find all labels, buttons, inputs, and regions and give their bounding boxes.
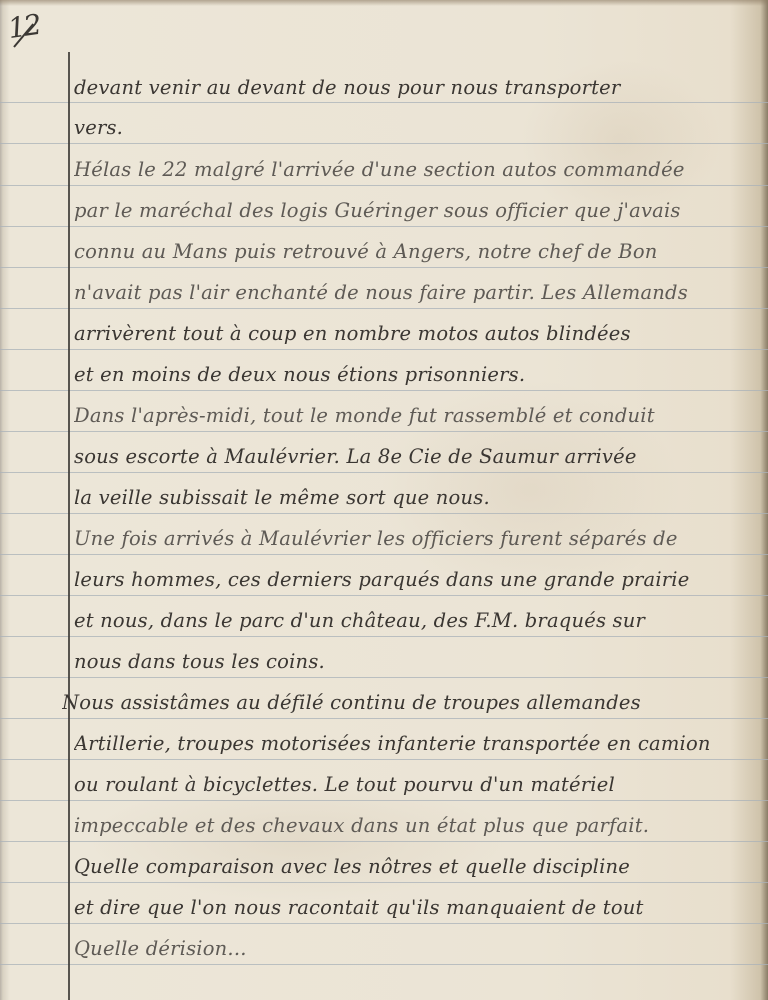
text-line: Quelle comparaison avec les nôtres et qu… — [74, 851, 750, 883]
text-line: Hélas le 22 malgré l'arrivée d'une secti… — [74, 154, 750, 186]
text-line: arrivèrent tout à coup en nombre motos a… — [74, 318, 750, 350]
text-line: vers. — [74, 112, 750, 144]
text-line: et en moins de deux nous étions prisonni… — [74, 359, 750, 391]
text-line: par le maréchal des logis Guéringer sous… — [74, 195, 750, 227]
text-line: connu au Mans puis retrouvé à Angers, no… — [74, 236, 750, 268]
text-line: leurs hommes, ces derniers parqués dans … — [74, 564, 750, 596]
text-line: Quelle dérision... — [74, 933, 750, 965]
text-line: ou roulant à bicyclettes. Le tout pourvu… — [74, 769, 750, 801]
text-line: la veille subissait le même sort que nou… — [74, 482, 750, 514]
text-line: sous escorte à Maulévrier. La 8e Cie de … — [74, 441, 750, 473]
page-number: 12 — [6, 8, 42, 45]
notebook-page: 12 devant venir au devant de nous pour n… — [0, 0, 768, 1000]
text-line: Artillerie, troupes motorisées infanteri… — [74, 728, 750, 760]
text-line: Dans l'après-midi, tout le monde fut ras… — [74, 400, 750, 432]
text-line: Nous assistâmes au défilé continu de tro… — [62, 687, 750, 719]
text-line: devant venir au devant de nous pour nous… — [74, 72, 750, 104]
text-line: impeccable et des chevaux dans un état p… — [74, 810, 750, 842]
text-line: et nous, dans le parc d'un château, des … — [74, 605, 750, 637]
margin-line — [68, 52, 70, 1000]
text-line: Une fois arrivés à Maulévrier les offici… — [74, 523, 750, 555]
text-line: n'avait pas l'air enchanté de nous faire… — [74, 277, 750, 309]
text-line: nous dans tous les coins. — [74, 646, 750, 678]
text-line: et dire que l'on nous racontait qu'ils m… — [74, 892, 750, 924]
